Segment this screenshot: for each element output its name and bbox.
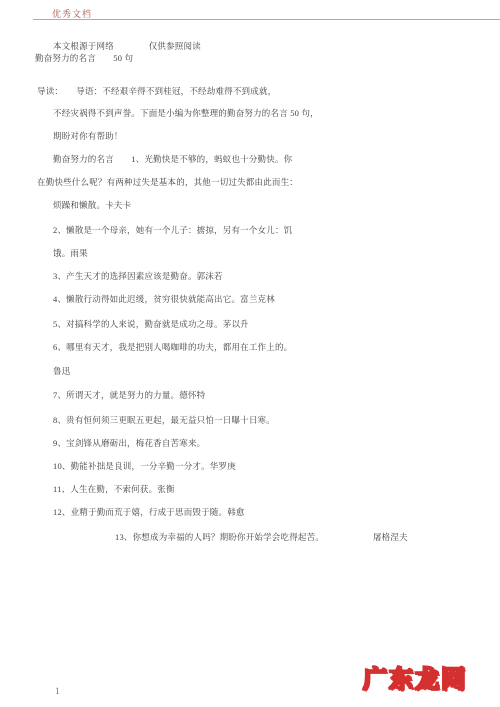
- text-line: 10、勤能补拙是良训，一分辛勤一分才。华罗庚: [53, 461, 236, 472]
- intro-line: 导读： 导语：不经艰辛得不到桂冠，不经劫难得不到成就，: [37, 86, 276, 97]
- text-line: 3、产生天才的选择因素应该是勤奋。郭沫若: [53, 271, 223, 282]
- page-number: 1: [55, 686, 60, 696]
- document-page: 优秀文档 本文根源于网络 仅供参照阅读 勤奋努力的名言 50 句 导读： 导语：…: [0, 0, 500, 707]
- doc-title: 勤奋努力的名言 50 句: [35, 53, 133, 64]
- text-line: 勤奋努力的名言 1、光勤快是不够的，蚂蚁也十分勤快。你: [53, 154, 292, 165]
- quote-author: 屠格涅夫: [373, 532, 408, 543]
- text-line: 8、贵有恒何须三更眠五更起，最无益只怕一日曝十日寒。: [53, 415, 275, 426]
- text-line: 4、懒散行动得如此迟缓，贫穷很快就能高出它。富兰克林: [53, 294, 275, 305]
- intro-line: 期盼对你有帮助！: [53, 131, 123, 142]
- site-watermark: 广东龙网: [363, 659, 467, 694]
- header-divider: [33, 19, 500, 20]
- text-line: 在勤快些什么呢？有两种过失是基本的，其他一切过失都由此而生：: [37, 177, 298, 188]
- text-line: 7、所谓天才，就是努力的力量。德怀特: [53, 390, 205, 401]
- text-line: 烦躁和懒散。卡夫卡: [53, 200, 131, 211]
- text-line: 6、哪里有天才，我是把别人喝咖啡的功夫，都用在工作上的。: [53, 342, 292, 353]
- text-line: 11、人生在勤，不索何获。张衡: [53, 484, 175, 495]
- text-line: 9、宝剑锋从磨砺出，梅花香自苦寒来。: [53, 438, 205, 449]
- source-note: 本文根源于网络 仅供参照阅读: [53, 41, 201, 52]
- text-line: 2、懒散是一个母亲，她有一个儿子：掳掠，另有一个女儿：饥: [53, 225, 292, 236]
- text-line: 12、业精于勤而荒于嬉，行成于思而毁于随。韩愈: [53, 507, 245, 518]
- text-line: 饿。雨果: [53, 248, 88, 259]
- text-line: 5、对搞科学的人来说，勤奋就是成功之母。茅以升: [53, 319, 249, 330]
- intro-line: 不经灾祸得不到声誉。下面是小编为你整理的勤奋努力的名言 50 句，: [53, 108, 319, 119]
- text-line: 鲁迅: [53, 366, 70, 377]
- text-line: 13、你想成为幸福的人吗？期盼你开始学会吃得起苦。: [115, 532, 324, 543]
